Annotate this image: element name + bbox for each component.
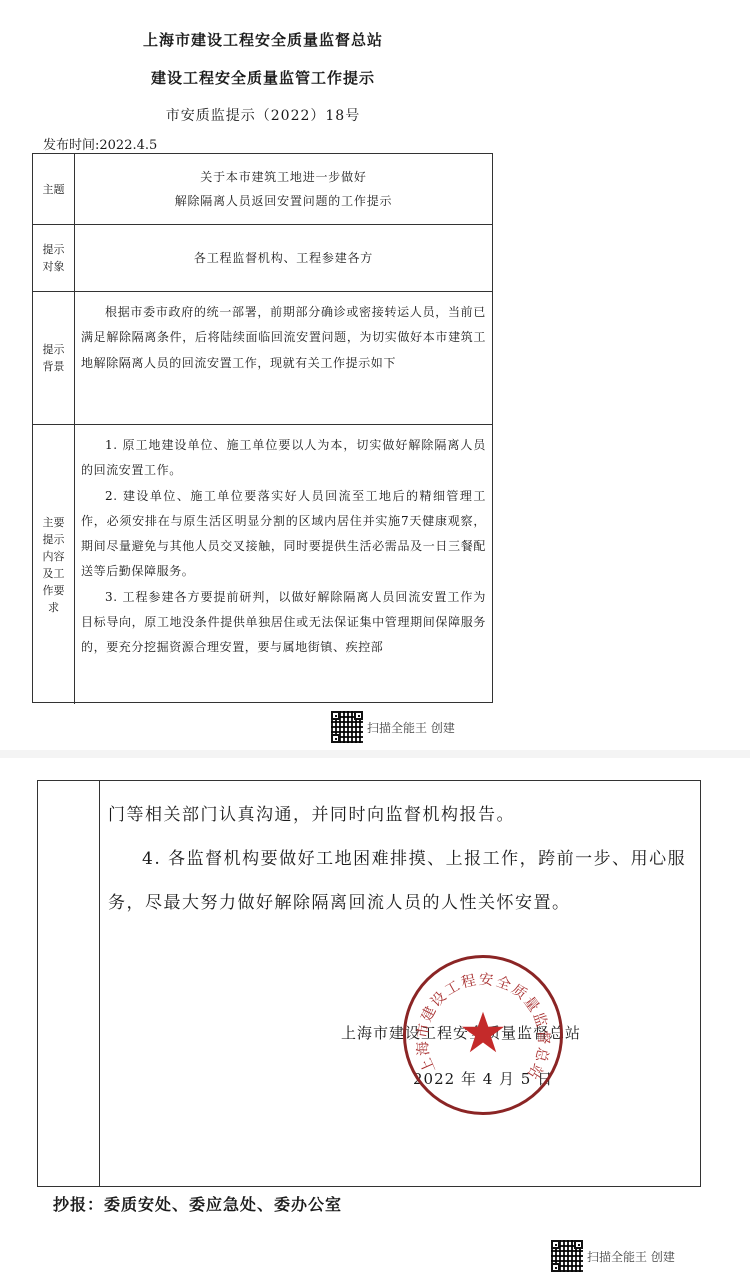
qr-code-icon: [551, 1240, 583, 1272]
row-label: 提示对象: [33, 225, 75, 291]
requirement-item: 1. 原工地建设单位、施工单位要以人为本，切实做好解除隔离人员的回流安置工作。: [81, 433, 486, 484]
target-line: 各工程监督机构、工程参建各方: [194, 246, 373, 270]
copy-to-line: 抄报：委质安处、委应急处、委办公室: [53, 1192, 342, 1215]
watermark-text: 扫描全能王 创建: [587, 1248, 675, 1265]
subject-line: 关于本市建筑工地进一步做好: [200, 165, 366, 189]
doc-title: 建设工程安全质量监管工作提示: [0, 67, 526, 88]
org-title: 上海市建设工程安全质量监督总站: [0, 29, 526, 50]
qr-code-icon: [331, 711, 363, 743]
scanner-watermark: 扫描全能王 创建: [331, 711, 455, 743]
table-row-background: 提示背景 根据市委市政府的统一部署，前期部分确诊或密接转运人员，当前已满足解除隔…: [33, 292, 492, 425]
requirement-item: 3. 工程参建各方要提前研判，以做好解除隔离人员回流安置工作为目标导向，原工地没…: [81, 585, 486, 661]
row-label: 主要提示内容及工作要求: [33, 425, 75, 704]
table-row-requirements: 主要提示内容及工作要求 1. 原工地建设单位、施工单位要以人为本，切实做好解除隔…: [33, 425, 492, 704]
signature-date: 2022 年 4 月 5 日: [413, 1068, 553, 1089]
background-paragraph: 根据市委市政府的统一部署，前期部分确诊或密接转运人员，当前已满足解除隔离条件，后…: [81, 300, 486, 376]
watermark-text: 扫描全能王 创建: [367, 719, 455, 736]
publish-time: 发布时间:2022.4.5: [43, 134, 157, 153]
row-label: 主题: [33, 154, 75, 224]
page-divider: [0, 750, 750, 758]
background-content: 根据市委市政府的统一部署，前期部分确诊或密接转运人员，当前已满足解除隔离条件，后…: [75, 292, 492, 424]
requirement-item: 4. 各监督机构要做好工地困难排摸、上报工作，跨前一步、用心服务，尽最大努力做好…: [108, 837, 692, 925]
table-row-subject: 主题 关于本市建筑工地进一步做好 解除隔离人员返回安置问题的工作提示: [33, 154, 492, 225]
signature-organization: 上海市建设工程安全质量监督总站: [341, 1022, 581, 1043]
requirement-continuation: 门等相关部门认真沟通，并同时向监督机构报告。: [108, 793, 692, 837]
notice-table-continued: 门等相关部门认真沟通，并同时向监督机构报告。 4. 各监督机构要做好工地困难排摸…: [37, 780, 701, 1187]
scanner-watermark: 扫描全能王 创建: [551, 1240, 675, 1272]
subject-line: 解除隔离人员返回安置问题的工作提示: [175, 189, 393, 213]
requirements-content: 1. 原工地建设单位、施工单位要以人为本，切实做好解除隔离人员的回流安置工作。 …: [75, 425, 492, 704]
requirement-item: 2. 建设单位、施工单位要落实好人员回流至工地后的精细管理工作，必须安排在与原生…: [81, 484, 486, 585]
row-label-empty: [38, 781, 100, 1186]
target-content: 各工程监督机构、工程参建各方: [75, 225, 492, 291]
notice-table: 主题 关于本市建筑工地进一步做好 解除隔离人员返回安置问题的工作提示 提示对象 …: [32, 153, 493, 703]
document-page-1: 上海市建设工程安全质量监督总站 建设工程安全质量监管工作提示 市安质监提示（20…: [0, 0, 750, 750]
doc-number: 市安质监提示（2022）18号: [0, 105, 526, 125]
subject-content: 关于本市建筑工地进一步做好 解除隔离人员返回安置问题的工作提示: [75, 154, 492, 224]
row-label: 提示背景: [33, 292, 75, 424]
continued-content: 门等相关部门认真沟通，并同时向监督机构报告。 4. 各监督机构要做好工地困难排摸…: [100, 781, 700, 1186]
table-row-target: 提示对象 各工程监督机构、工程参建各方: [33, 225, 492, 292]
